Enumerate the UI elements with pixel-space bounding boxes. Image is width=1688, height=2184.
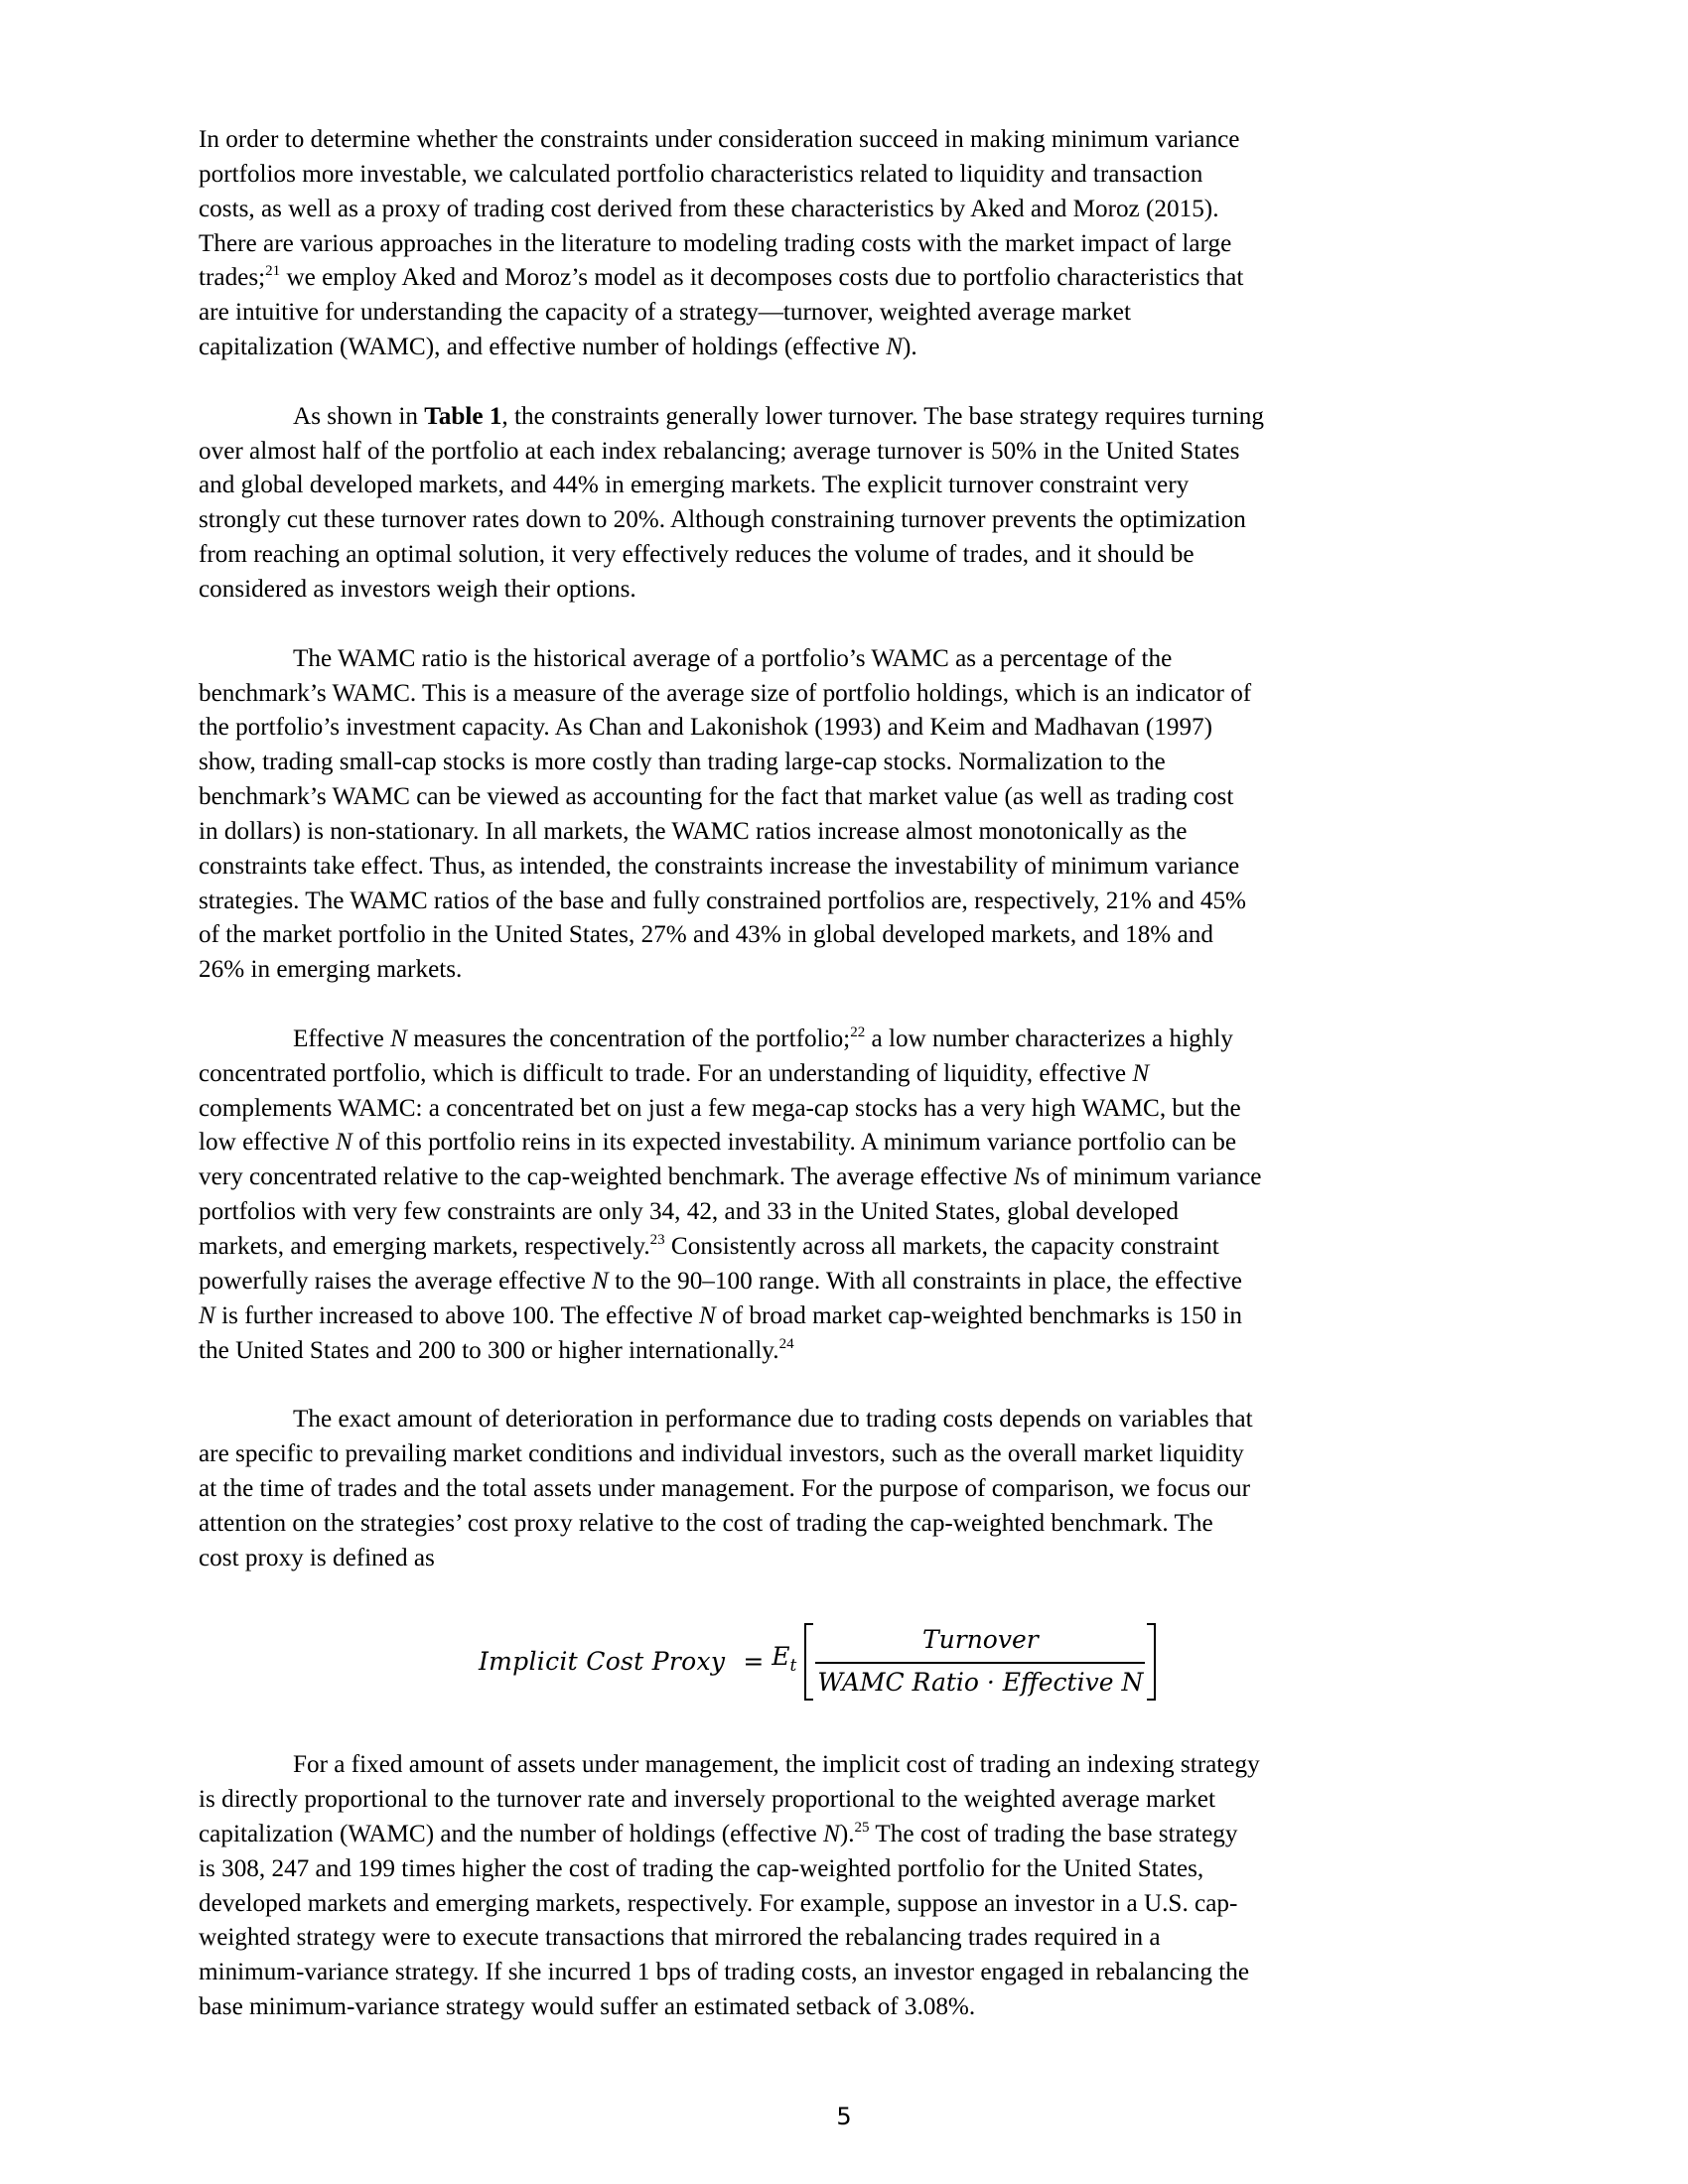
text-line: of the market portfolio in the United St… — [199, 918, 1489, 953]
left-bracket — [804, 1623, 813, 1701]
right-bracket — [1147, 1623, 1156, 1701]
paragraph-p3: The WAMC ratio is the historical average… — [199, 642, 1489, 988]
footnote-marker[interactable]: 25 — [855, 1820, 870, 1836]
text-line: the portfolio’s investment capacity. As … — [199, 711, 1489, 746]
text-line: and global developed markets, and 44% in… — [199, 469, 1489, 503]
text-line: considered as investors weigh their opti… — [199, 573, 1489, 608]
text-line: the United States and 200 to 300 or high… — [199, 1334, 1489, 1369]
text-line: over almost half of the portfolio at eac… — [199, 435, 1489, 470]
italic-text: N — [699, 1302, 716, 1329]
footnote-marker[interactable]: 22 — [850, 1024, 865, 1040]
text-line: 26% in emerging markets. — [199, 953, 1489, 988]
italic-text: N — [886, 334, 903, 360]
fraction-numerator: Turnover — [815, 1623, 1145, 1662]
expectation-operator: Et — [772, 1640, 796, 1684]
implicit-cost-proxy-equation: Implicit Cost Proxy = Et Turnover WAMC R… — [199, 1610, 1489, 1713]
text-line: are specific to prevailing market condit… — [199, 1437, 1489, 1472]
footnote-marker[interactable]: 23 — [650, 1232, 665, 1248]
fraction: Turnover WAMC Ratio · Effective N — [815, 1623, 1145, 1701]
italic-text: N — [199, 1302, 215, 1329]
text-line: Effective N measures the concentration o… — [199, 1023, 1489, 1057]
text-line: strongly cut these turnover rates down t… — [199, 503, 1489, 538]
text-line: portfolios with very few constraints are… — [199, 1195, 1489, 1230]
footnote-marker[interactable]: 21 — [265, 263, 280, 279]
text-line: base minimum-variance strategy would suf… — [199, 1990, 1489, 2025]
text-line: capitalization (WAMC), and effective num… — [199, 331, 1489, 365]
text-line: show, trading small-cap stocks is more c… — [199, 746, 1489, 780]
text-line: The exact amount of deterioration in per… — [199, 1403, 1489, 1437]
page-number: 5 — [0, 2103, 1688, 2130]
text-line: minimum-variance strategy. If she incurr… — [199, 1956, 1489, 1990]
text-line: strategies. The WAMC ratios of the base … — [199, 885, 1489, 919]
paragraphs-before-equation: In order to determine whether the constr… — [199, 123, 1489, 1575]
text-line: very concentrated relative to the cap-we… — [199, 1160, 1489, 1195]
text-line: complements WAMC: a concentrated bet on … — [199, 1092, 1489, 1127]
text-line: constraints take effect. Thus, as intend… — [199, 850, 1489, 885]
italic-text: N — [592, 1268, 609, 1295]
text-line: attention on the strategies’ cost proxy … — [199, 1507, 1489, 1542]
equation-lhs: Implicit Cost Proxy — [479, 1645, 725, 1680]
text-line: N is further increased to above 100. The… — [199, 1299, 1489, 1334]
paragraph-p1: In order to determine whether the constr… — [199, 123, 1489, 365]
paragraph-p5: The exact amount of deterioration in per… — [199, 1403, 1489, 1575]
text-line: For a fixed amount of assets under manag… — [199, 1748, 1489, 1783]
text-line: at the time of trades and the total asse… — [199, 1472, 1489, 1507]
text-line: cost proxy is defined as — [199, 1542, 1489, 1576]
text-line: from reaching an optimal solution, it ve… — [199, 538, 1489, 573]
text-line: in dollars) is non-stationary. In all ma… — [199, 815, 1489, 850]
body-text: In order to determine whether the constr… — [199, 123, 1489, 2060]
text-line: capitalization (WAMC) and the number of … — [199, 1818, 1489, 1852]
text-line: markets, and emerging markets, respectiv… — [199, 1230, 1489, 1265]
text-line: portfolios more investable, we calculate… — [199, 158, 1489, 193]
equals-sign: = — [743, 1645, 764, 1680]
text-line: low effective N of this portfolio reins … — [199, 1126, 1489, 1160]
text-line: benchmark’s WAMC can be viewed as accoun… — [199, 780, 1489, 815]
italic-text: N — [390, 1025, 407, 1052]
italic-text: N — [336, 1129, 352, 1156]
expectation-symbol: E — [772, 1642, 789, 1671]
bold-reference: Table 1 — [424, 403, 501, 430]
fraction-denominator: WAMC Ratio · Effective N — [815, 1662, 1145, 1701]
paragraphs-after-equation: For a fixed amount of assets under manag… — [199, 1748, 1489, 2025]
text-line: There are various approaches in the lite… — [199, 227, 1489, 262]
equation-body: Implicit Cost Proxy = Et Turnover WAMC R… — [479, 1614, 1156, 1709]
italic-text: N — [823, 1821, 840, 1847]
italic-text: N — [1014, 1163, 1031, 1190]
expectation-subscript: t — [790, 1656, 797, 1676]
text-line: is directly proportional to the turnover… — [199, 1783, 1489, 1818]
text-line: In order to determine whether the constr… — [199, 123, 1489, 158]
text-line: is 308, 247 and 199 times higher the cos… — [199, 1852, 1489, 1887]
text-line: are intuitive for understanding the capa… — [199, 296, 1489, 331]
footnote-marker[interactable]: 24 — [779, 1336, 794, 1352]
paragraph-p4: Effective N measures the concentration o… — [199, 1023, 1489, 1368]
text-line: As shown in Table 1, the constraints gen… — [199, 400, 1489, 435]
document-page: In order to determine whether the constr… — [0, 0, 1688, 2184]
text-line: costs, as well as a proxy of trading cos… — [199, 193, 1489, 227]
text-line: benchmark’s WAMC. This is a measure of t… — [199, 677, 1489, 712]
text-line: weighted strategy were to execute transa… — [199, 1921, 1489, 1956]
text-line: The WAMC ratio is the historical average… — [199, 642, 1489, 677]
text-line: concentrated portfolio, which is difficu… — [199, 1057, 1489, 1092]
paragraph-p2: As shown in Table 1, the constraints gen… — [199, 400, 1489, 608]
paragraph-p6: For a fixed amount of assets under manag… — [199, 1748, 1489, 2025]
text-line: trades;21 we employ Aked and Moroz’s mod… — [199, 261, 1489, 296]
italic-text: N — [1132, 1060, 1149, 1087]
text-line: powerfully raises the average effective … — [199, 1265, 1489, 1299]
text-line: developed markets and emerging markets, … — [199, 1887, 1489, 1922]
